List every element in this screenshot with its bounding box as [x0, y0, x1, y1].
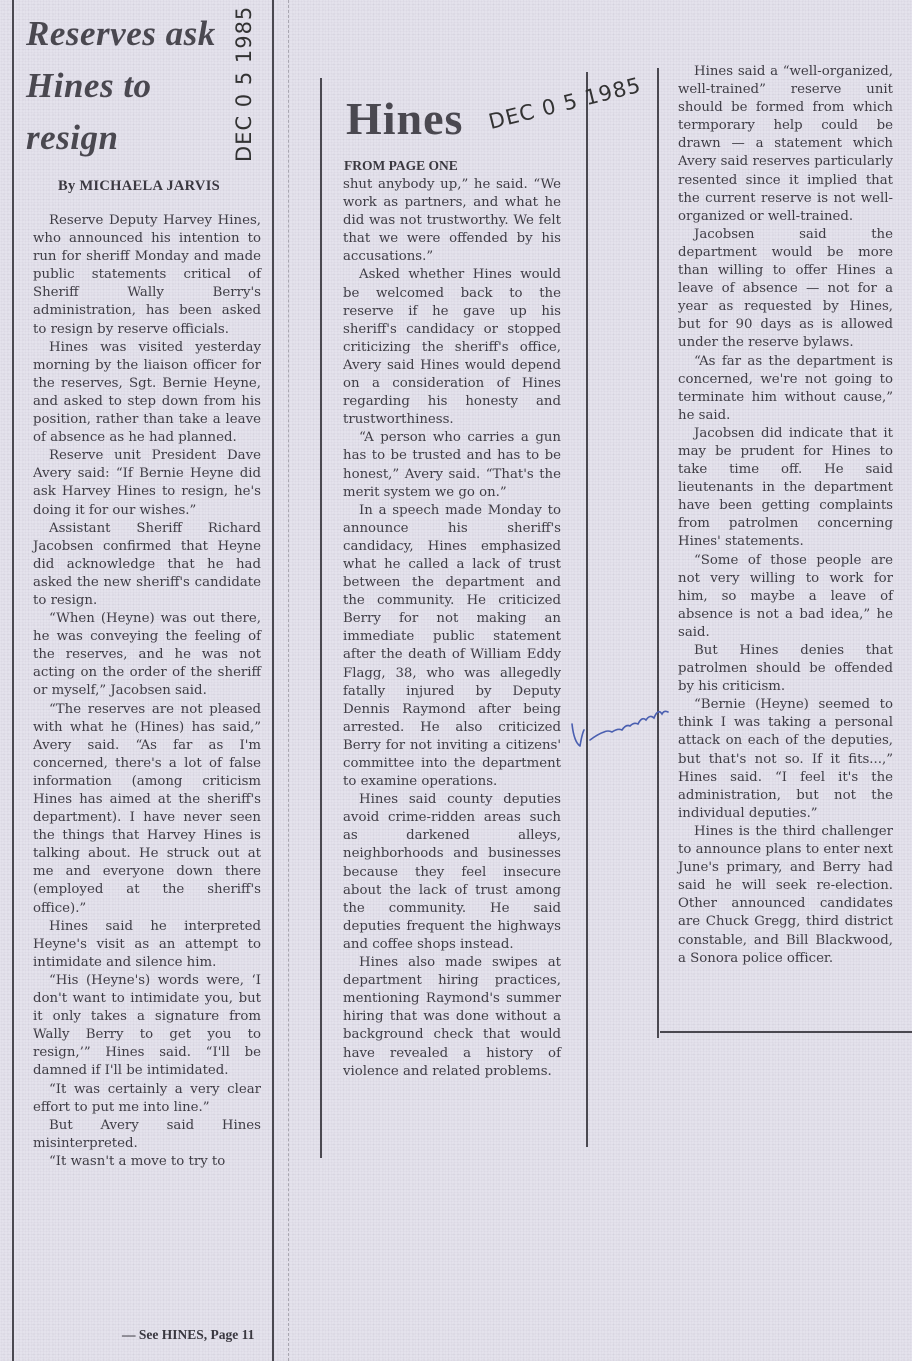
paragraph: Hines said a “well-organized, well-train… [678, 63, 893, 226]
jump-left-rule [320, 78, 322, 1158]
paragraph: Hines said county deputies avoid crime-r… [343, 791, 561, 954]
paragraph: “The reserves are not pleased with what … [33, 701, 261, 918]
jump-center-rule [586, 72, 588, 1147]
left-article-headline: Reserves ask Hines to resign [26, 8, 226, 164]
paragraph: Hines was visited yesterday morning by t… [33, 339, 261, 448]
from-page-label: FROM PAGE ONE [344, 158, 458, 174]
jump-article-column-b: Hines said a “well-organized, well-train… [678, 63, 893, 968]
paragraph: In a speech made Monday to announce his … [343, 502, 561, 792]
paragraph: But Avery said Hines misinterpreted. [33, 1117, 261, 1153]
paragraph: “It was certainly a very clear effort to… [33, 1081, 261, 1117]
left-border-rule [12, 0, 14, 1361]
handwritten-note-icon [568, 694, 678, 754]
paragraph: shut anybody up,” he said. “We work as p… [343, 176, 561, 266]
paragraph: Hines said he interpreted Heyne's visit … [33, 918, 261, 972]
paragraph: “As far as the department is concerned, … [678, 353, 893, 425]
paragraph: Reserve Deputy Harvey Hines, who announc… [33, 212, 261, 339]
paragraph: Jacobsen said the department would be mo… [678, 226, 893, 353]
paragraph: Hines also made swipes at department hir… [343, 954, 561, 1081]
continuation-reference: — See HINES, Page 11 [122, 1327, 254, 1343]
jump-right-rule [657, 68, 659, 1038]
jump-article-headline: Hines [346, 92, 463, 145]
paragraph: “It wasn't a move to try to [33, 1153, 261, 1171]
jump-article-column-a: shut anybody up,” he said. “We work as p… [343, 176, 561, 1081]
fold-line [288, 0, 289, 1361]
paragraph: But Hines denies that patrolmen should b… [678, 642, 893, 696]
paragraph: “Bernie (Heyne) seemed to think I was ta… [678, 696, 893, 823]
date-stamp-angled: DEC 0 5 1985 [486, 73, 643, 134]
paragraph: “A person who carries a gun has to be tr… [343, 429, 561, 501]
left-article-body: Reserve Deputy Harvey Hines, who announc… [33, 212, 261, 1171]
byline: By MICHAELA JARVIS [58, 178, 220, 195]
paragraph: Asked whether Hines would be welcomed ba… [343, 266, 561, 429]
paragraph: “Some of those people are not very willi… [678, 552, 893, 642]
left-article-right-rule [272, 0, 274, 1361]
date-stamp-vertical: DEC 0 5 1985 [232, 6, 256, 162]
paragraph: Jacobsen did indicate that it may be pru… [678, 425, 893, 552]
paragraph: Hines is the third challenger to announc… [678, 823, 893, 968]
paragraph: “When (Heyne) was out there, he was conv… [33, 610, 261, 700]
paragraph: Reserve unit President Dave Avery said: … [33, 447, 261, 519]
paragraph: Assistant Sheriff Richard Jacobsen confi… [33, 520, 261, 610]
paragraph: “His (Heyne's) words were, ‘I don't want… [33, 972, 261, 1081]
jump-bottom-rule [660, 1031, 912, 1033]
